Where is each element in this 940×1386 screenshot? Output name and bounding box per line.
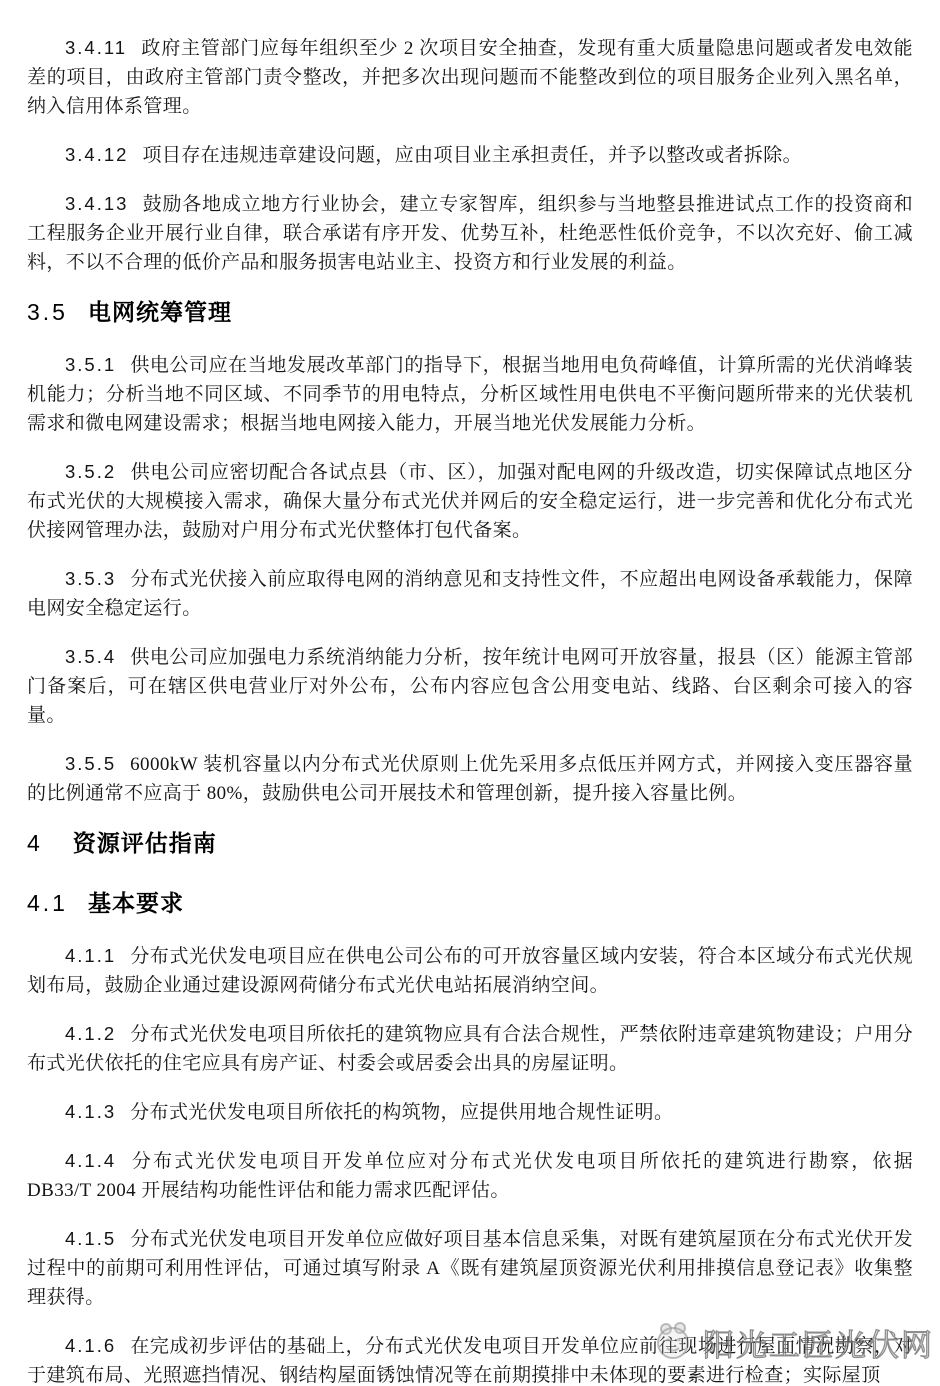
clause-4-1-2: 4.1.2分布式光伏发电项目所依托的建筑物应具有合法合规性，严禁依附违章建筑物建…: [27, 1019, 913, 1078]
document-page: 3.4.11政府主管部门应每年组织至少 2 次项目安全抽查，发现有重大质量隐患问…: [0, 0, 940, 1386]
clause-number: 3.4.11: [65, 37, 127, 58]
clause-number: 3.4.12: [65, 144, 128, 165]
section-heading-4-1: 4.1基本要求: [27, 887, 913, 919]
clause-3-4-12: 3.4.12项目存在违规违章建设问题，应由项目业主承担责任，并予以整改或者拆除。: [27, 140, 913, 170]
clause-number: 4.1.1: [65, 945, 116, 966]
clause-text: 在完成初步评估的基础上，分布式光伏发电项目开发单位应前往现场进行屋面情况勘察，对…: [27, 1336, 913, 1386]
clause-3-4-11: 3.4.11政府主管部门应每年组织至少 2 次项目安全抽查，发现有重大质量隐患问…: [27, 33, 913, 121]
clause-number: 3.5.1: [65, 354, 116, 375]
clause-number: 3.5.3: [65, 568, 116, 589]
clause-4-1-6: 4.1.6在完成初步评估的基础上，分布式光伏发电项目开发单位应前往现场进行屋面情…: [27, 1331, 913, 1386]
clause-number: 3.5.5: [65, 753, 116, 774]
clause-text: 分布式光伏接入前应取得电网的消纳意见和支持性文件，不应超出电网设备承载能力，保障…: [27, 569, 913, 619]
clause-number: 4.1.3: [65, 1101, 116, 1122]
clause-3-5-2: 3.5.2供电公司应密切配合各试点县（市、区），加强对配电网的升级改造，切实保障…: [27, 457, 913, 545]
clause-text: 分布式光伏发电项目应在供电公司公布的可开放容量区域内安装，符合本区域分布式光伏规…: [27, 946, 913, 996]
clause-number: 3.5.2: [65, 461, 116, 482]
heading-number: 4: [27, 830, 43, 856]
clause-number: 4.1.4: [65, 1150, 116, 1171]
clause-3-5-4: 3.5.4供电公司应加强电力系统消纳能力分析，按年统计电网可开放容量，报县（区）…: [27, 642, 913, 730]
clause-text: 分布式光伏发电项目开发单位应对分布式光伏发电项目所依托的建筑进行勘察，依据 DB…: [27, 1151, 913, 1201]
clause-number: 3.5.4: [65, 646, 116, 667]
clause-4-1-1: 4.1.1分布式光伏发电项目应在供电公司公布的可开放容量区域内安装，符合本区域分…: [27, 941, 913, 1000]
clause-text: 供电公司应在当地发展改革部门的指导下，根据当地用电负荷峰值，计算所需的光伏消峰装…: [27, 355, 913, 434]
clause-3-5-1: 3.5.1供电公司应在当地发展改革部门的指导下，根据当地用电负荷峰值，计算所需的…: [27, 350, 913, 438]
clause-4-1-5: 4.1.5分布式光伏发电项目开发单位应做好项目基本信息采集，对既有建筑屋顶在分布…: [27, 1224, 913, 1312]
clause-3-4-13: 3.4.13鼓励各地成立地方行业协会，建立专家智库，组织参与当地整县推进试点工作…: [27, 189, 913, 277]
heading-title: 电网统筹管理: [88, 299, 232, 325]
heading-number: 3.5: [27, 299, 68, 325]
clause-text: 分布式光伏发电项目开发单位应做好项目基本信息采集，对既有建筑屋顶在分布式光伏开发…: [27, 1229, 913, 1308]
clause-text: 分布式光伏发电项目所依托的构筑物，应提供用地合规性证明。: [130, 1102, 673, 1123]
heading-number: 4.1: [27, 890, 68, 916]
chapter-heading-4: 4资源评估指南: [27, 827, 913, 859]
clause-number: 4.1.2: [65, 1023, 116, 1044]
clause-number: 3.4.13: [65, 193, 128, 214]
clause-4-1-3: 4.1.3分布式光伏发电项目所依托的构筑物，应提供用地合规性证明。: [27, 1097, 913, 1127]
clause-4-1-4: 4.1.4分布式光伏发电项目开发单位应对分布式光伏发电项目所依托的建筑进行勘察，…: [27, 1146, 913, 1205]
clause-3-5-5: 3.5.56000kW 装机容量以内分布式光伏原则上优先采用多点低压并网方式，并…: [27, 749, 913, 808]
clause-text: 6000kW 装机容量以内分布式光伏原则上优先采用多点低压并网方式，并网接入变压…: [27, 754, 913, 804]
clause-text: 鼓励各地成立地方行业协会，建立专家智库，组织参与当地整县推进试点工作的投资商和工…: [27, 194, 913, 273]
clause-text: 供电公司应密切配合各试点县（市、区），加强对配电网的升级改造，切实保障试点地区分…: [27, 462, 913, 541]
clause-text: 项目存在违规违章建设问题，应由项目业主承担责任，并予以整改或者拆除。: [142, 145, 802, 166]
heading-title: 资源评估指南: [73, 830, 217, 856]
clause-text: 分布式光伏发电项目所依托的建筑物应具有合法合规性，严禁依附违章建筑物建设；户用分…: [27, 1024, 913, 1074]
heading-title: 基本要求: [88, 890, 184, 916]
clause-number: 4.1.6: [65, 1335, 116, 1356]
section-heading-3-5: 3.5电网统筹管理: [27, 296, 913, 328]
clause-3-5-3: 3.5.3分布式光伏接入前应取得电网的消纳意见和支持性文件，不应超出电网设备承载…: [27, 564, 913, 623]
clause-text: 政府主管部门应每年组织至少 2 次项目安全抽查，发现有重大质量隐患问题或者发电效…: [27, 38, 913, 117]
clause-number: 4.1.5: [65, 1228, 116, 1249]
clause-text: 供电公司应加强电力系统消纳能力分析，按年统计电网可开放容量，报县（区）能源主管部…: [27, 647, 913, 726]
